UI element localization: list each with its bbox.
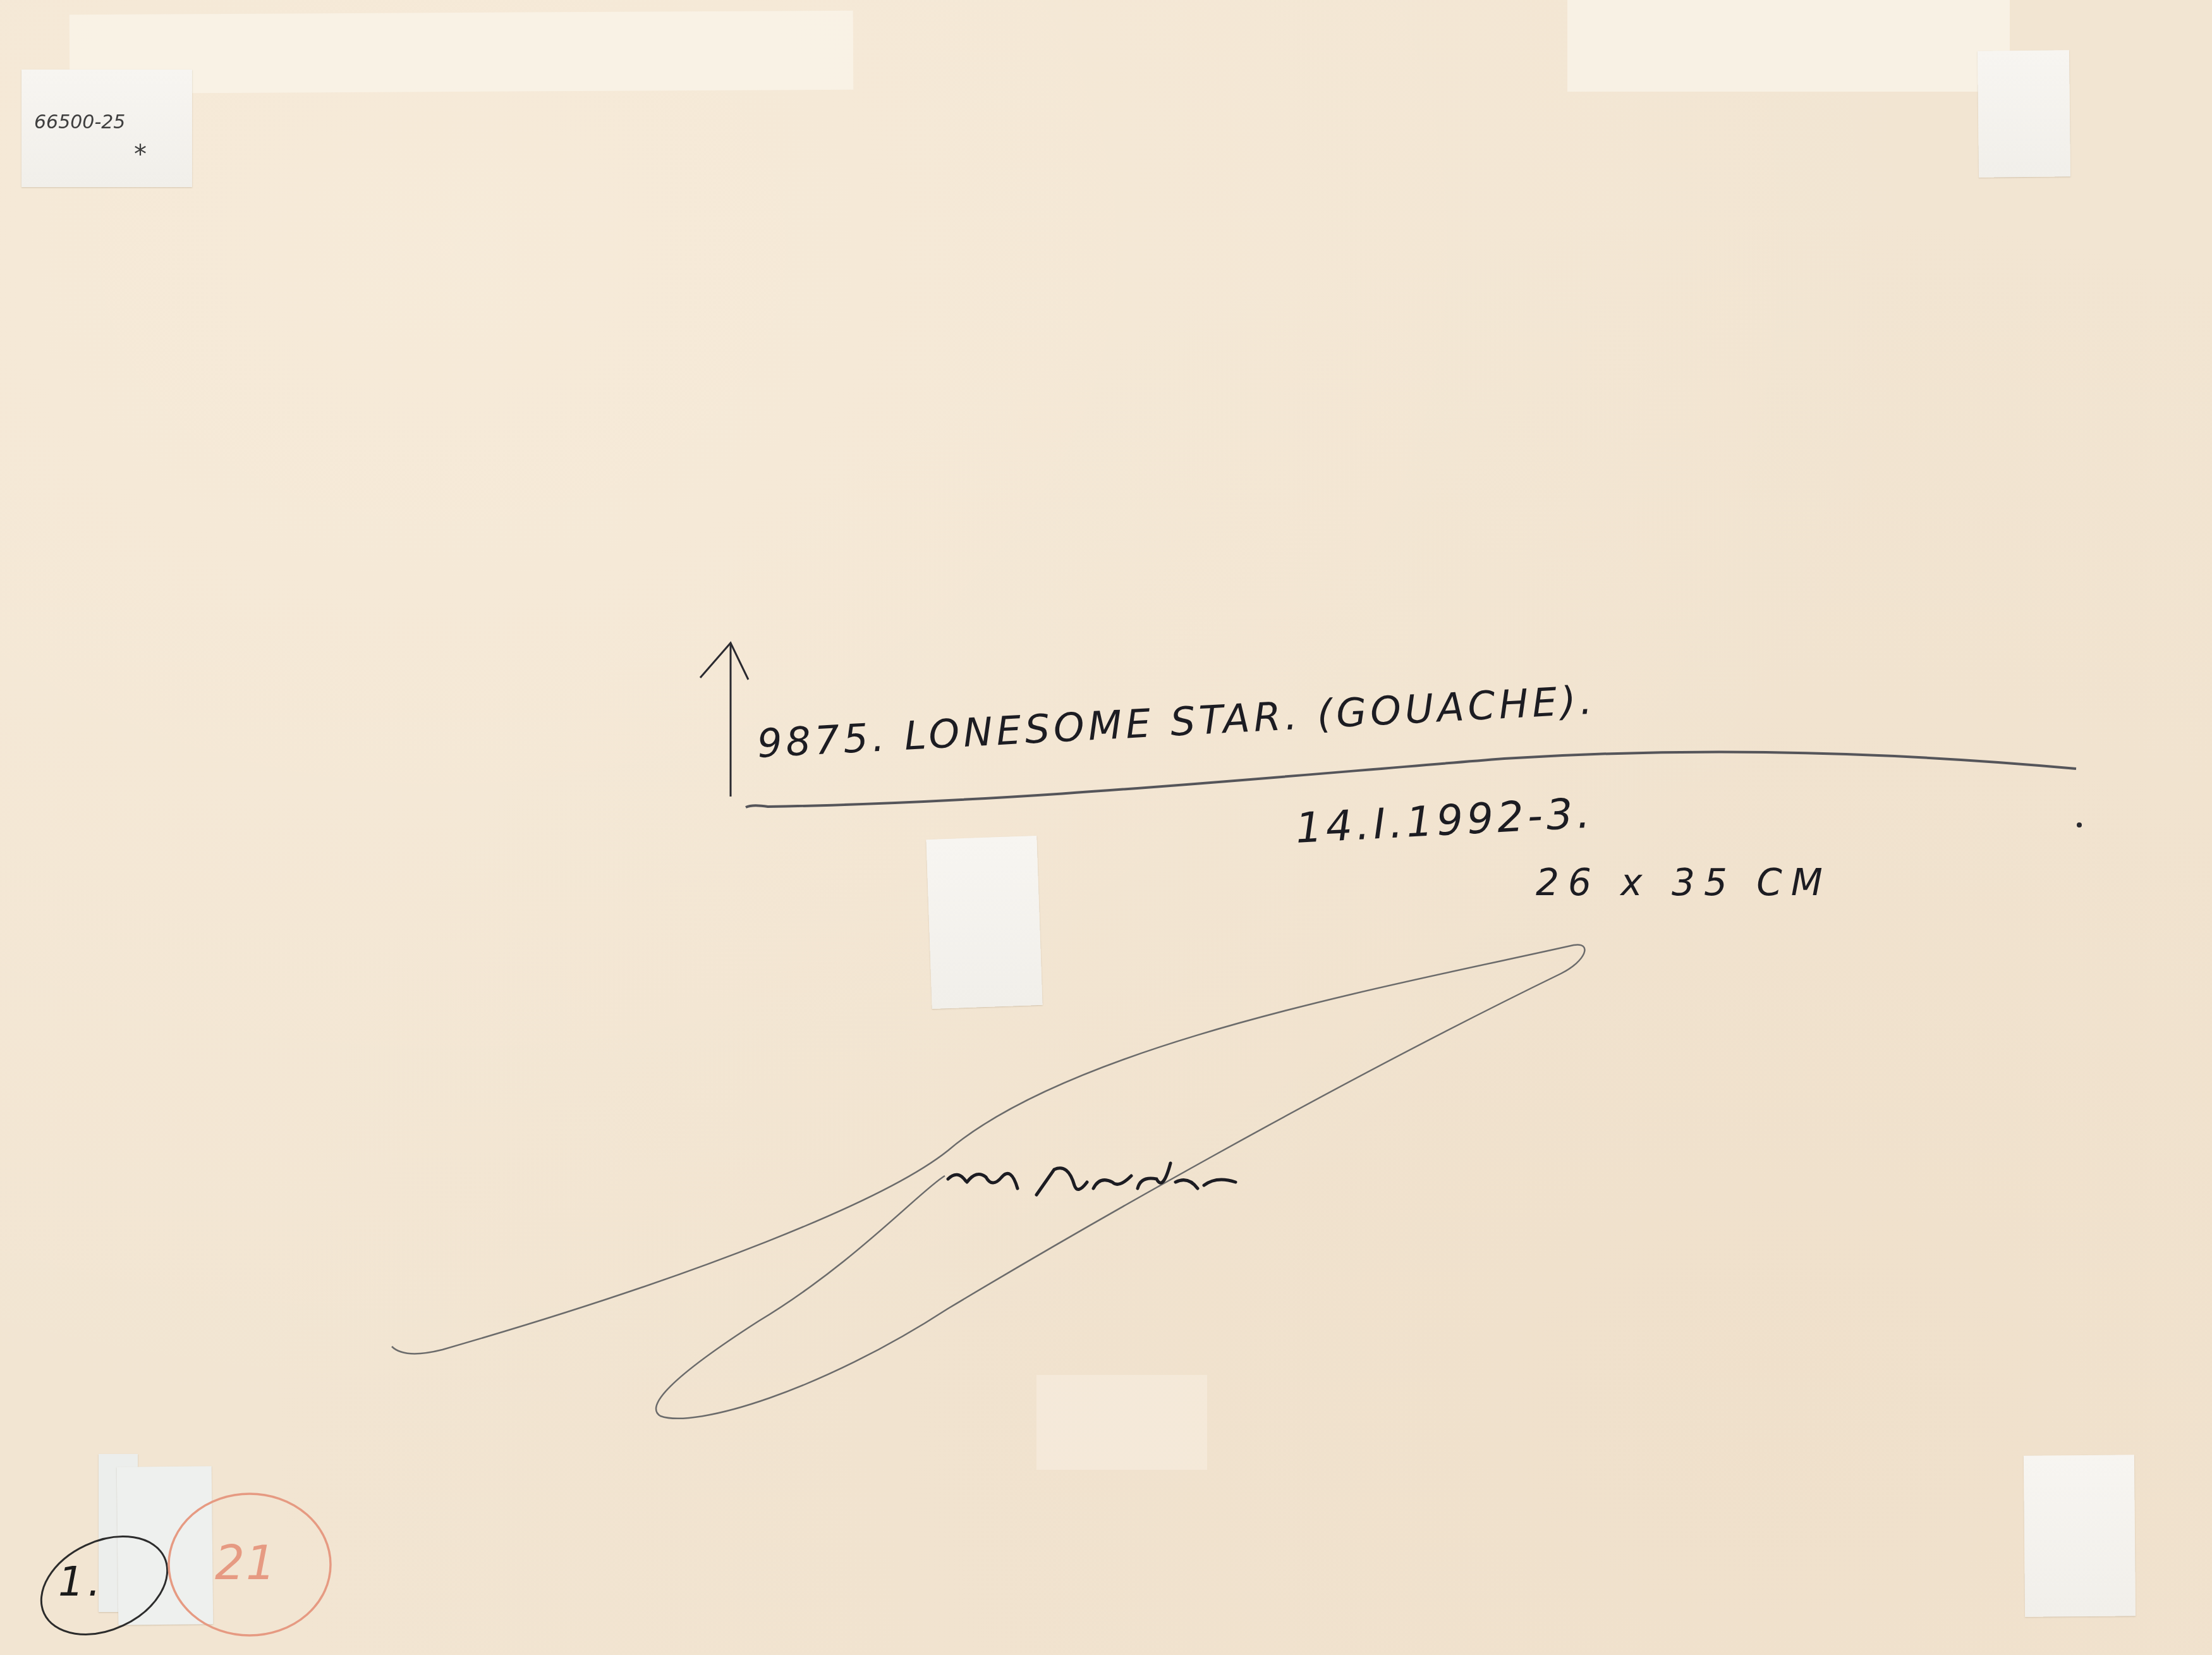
stray-mark: [2077, 822, 2082, 827]
artwork-verso-sheet: 66500-25 * 9875. LONESOME STAR. (GOUACHE…: [0, 0, 2212, 1655]
inscription-dimensions: 26 x 35 CM: [1536, 861, 1832, 904]
red-circled-number: 21: [215, 1536, 277, 1591]
ink-strokes: [0, 0, 2212, 1655]
pencil-circled-number: 1.: [58, 1559, 104, 1606]
orientation-arrow-icon: [700, 643, 748, 797]
